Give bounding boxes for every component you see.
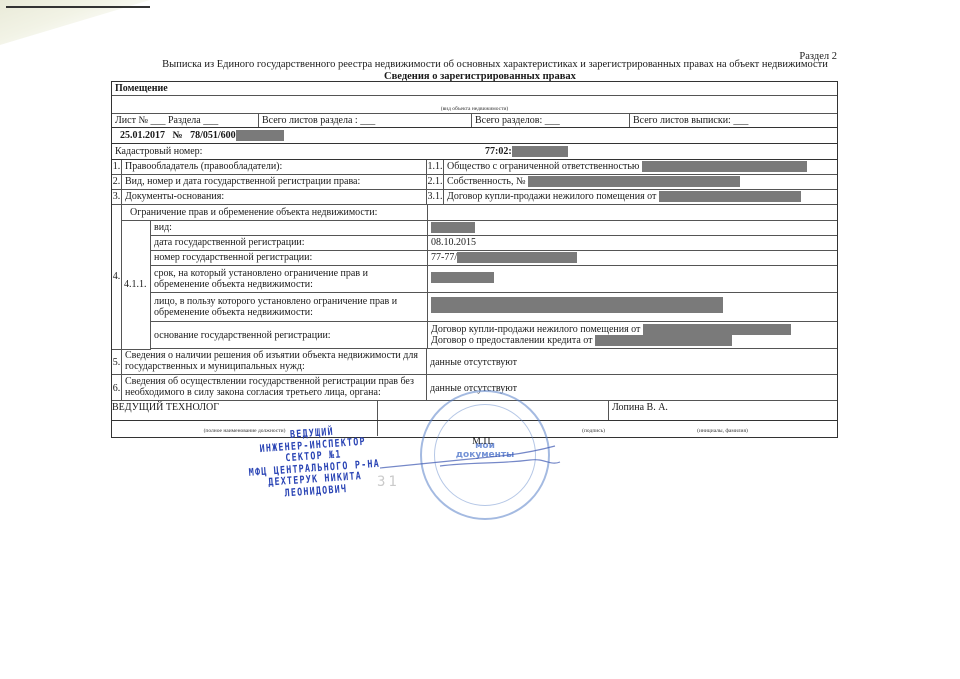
cadastral-value: 77:02: [485,146,512,157]
cadastral-value-cell: 77:02: [482,144,837,159]
row-label: Документы-основания: [121,190,426,204]
row-subnumber: 3.1. [426,190,443,204]
object-caption-row: (вид объекта недвижимости) [112,96,837,114]
row-label: Вид, номер и дата государственной регист… [121,175,426,189]
object-type: Помещение [112,82,837,95]
row-value-cell: Договор купли-продажи нежилого помещения… [443,190,837,204]
encumbrance-item: номер государственной регистрации: 77-77… [150,251,837,266]
redaction [528,176,740,187]
sheet-info-row: Лист № ___ Раздела ___ Всего листов разд… [112,114,837,128]
row-label: Сведения о наличии решения об изъятии об… [121,349,426,374]
row-value-cell: Собственность, № [443,175,837,189]
total-sheets-section: Всего листов раздела : ___ [258,114,471,127]
item-value-line: Договор о предоставлении кредита от [431,335,834,346]
redaction [659,191,801,202]
row-number: 6. [112,375,121,400]
item-value-line: Договор купли-продажи нежилого помещения… [431,324,834,335]
item-value-cell: 77-77/ [427,251,837,265]
record-date: 25.01.2017 [120,130,165,141]
inspector-stamp: ВЕДУЩИЙ ИНЖЕНЕР-ИНСПЕКТОР СЕКТОР №1 МФЦ … [246,424,382,502]
encumbrance-item: основание государственной регистрации: Д… [150,322,837,349]
row-4-number-cell: 4. [112,205,121,350]
total-sheets-extract: Всего листов выписки: ___ [629,114,837,127]
row-label: Сведения об осуществлении государственно… [121,375,426,400]
handwritten-signature-icon [380,440,580,480]
total-sections: Всего разделов: ___ [471,114,629,127]
row-2: 2. Вид, номер и дата государственной рег… [112,175,837,190]
item-value [427,293,837,321]
row-3: 3. Документы-основания: 3.1. Договор куп… [112,190,837,205]
record-number-sign: № [173,130,183,141]
document-title: Выписка из Единого государственного реес… [0,59,960,70]
encumbrance-item: срок, на который установлено ограничение… [150,266,837,293]
row-number: 5. [112,349,121,374]
record-line: 25.01.2017 № 78/051/600 [112,128,837,143]
sheet-number: Лист № ___ Раздела ___ [112,114,258,127]
object-type-caption: (вид объекта недвижимости) [112,96,837,113]
encumbrance-header-row: Ограничение прав и обременение объекта н… [121,205,837,221]
redaction [643,324,791,335]
row-value-cell: Общество с ограниченной ответственностью [443,160,837,174]
redaction [236,130,284,141]
item-value [427,221,837,235]
row-subnumber: 4.1.1. [124,279,147,290]
row-number: 1. [112,160,121,174]
row-value: Собственность, № [447,176,526,187]
object-type-row: Помещение [112,82,837,96]
redaction [431,222,475,233]
item-label: номер государственной регистрации: [151,251,427,265]
name-caption: (инициалы, фамилия) [608,421,837,436]
item-label: лицо, в пользу которого установлено огра… [151,293,427,321]
redaction [431,297,723,313]
encumbrance-label: Ограничение прав и обременение объекта н… [122,205,427,220]
redaction [457,252,577,263]
item-value: 08.10.2015 [427,236,837,250]
item-value: Договор купли-продажи нежилого помещения… [431,324,640,335]
row-label: Правообладатель (правообладатели): [121,160,426,174]
item-label: вид: [151,221,427,235]
redaction [431,272,494,283]
cadastral-row: Кадастровый номер: 77:02: [112,144,837,160]
empty-cell [427,205,837,220]
item-value: 77-77/ [431,252,457,263]
official-name: Лопина В. А. [608,401,837,420]
row-value: данные отсутствуют [426,349,837,374]
encumbrance-item: вид: [150,221,837,236]
redaction [642,161,807,172]
redaction [512,146,568,157]
row-subnumber: 2.1. [426,175,443,189]
row-number: 2. [112,175,121,189]
encumbrance-subnumber-cell: 4.1.1. [121,221,151,350]
item-label: дата государственной регистрации: [151,236,427,250]
item-label: основание государственной регистрации: [151,322,427,348]
item-label: срок, на который установлено ограничение… [151,266,427,292]
row-5: 5. Сведения о наличии решения об изъятии… [112,349,837,375]
cadastral-label: Кадастровый номер: [112,144,482,159]
row-1: 1. Правообладатель (правообладатели): 1.… [112,160,837,175]
redaction [595,335,732,346]
official-position: ВЕДУЩИЙ ТЕХНОЛОГ [112,401,377,420]
rights-table: Помещение (вид объекта недвижимости) Лис… [111,81,838,438]
row-subnumber: 1.1. [426,160,443,174]
item-value: Договор о предоставлении кредита от [431,335,593,346]
item-value [427,266,837,292]
record-row: 25.01.2017 № 78/051/600 [112,128,837,144]
scan-edge-line [6,6,150,8]
row-value: Общество с ограниченной ответственностью [447,161,639,172]
row-value: Договор купли-продажи нежилого помещения… [447,191,656,202]
row-number: 4. [112,271,121,282]
record-number: 78/051/600 [190,130,236,141]
encumbrance-item: лицо, в пользу которого установлено огра… [150,293,837,322]
row-number: 3. [112,190,121,204]
encumbrance-item: дата государственной регистрации: 08.10.… [150,236,837,251]
item-value-cell: Договор купли-продажи нежилого помещения… [427,322,837,348]
